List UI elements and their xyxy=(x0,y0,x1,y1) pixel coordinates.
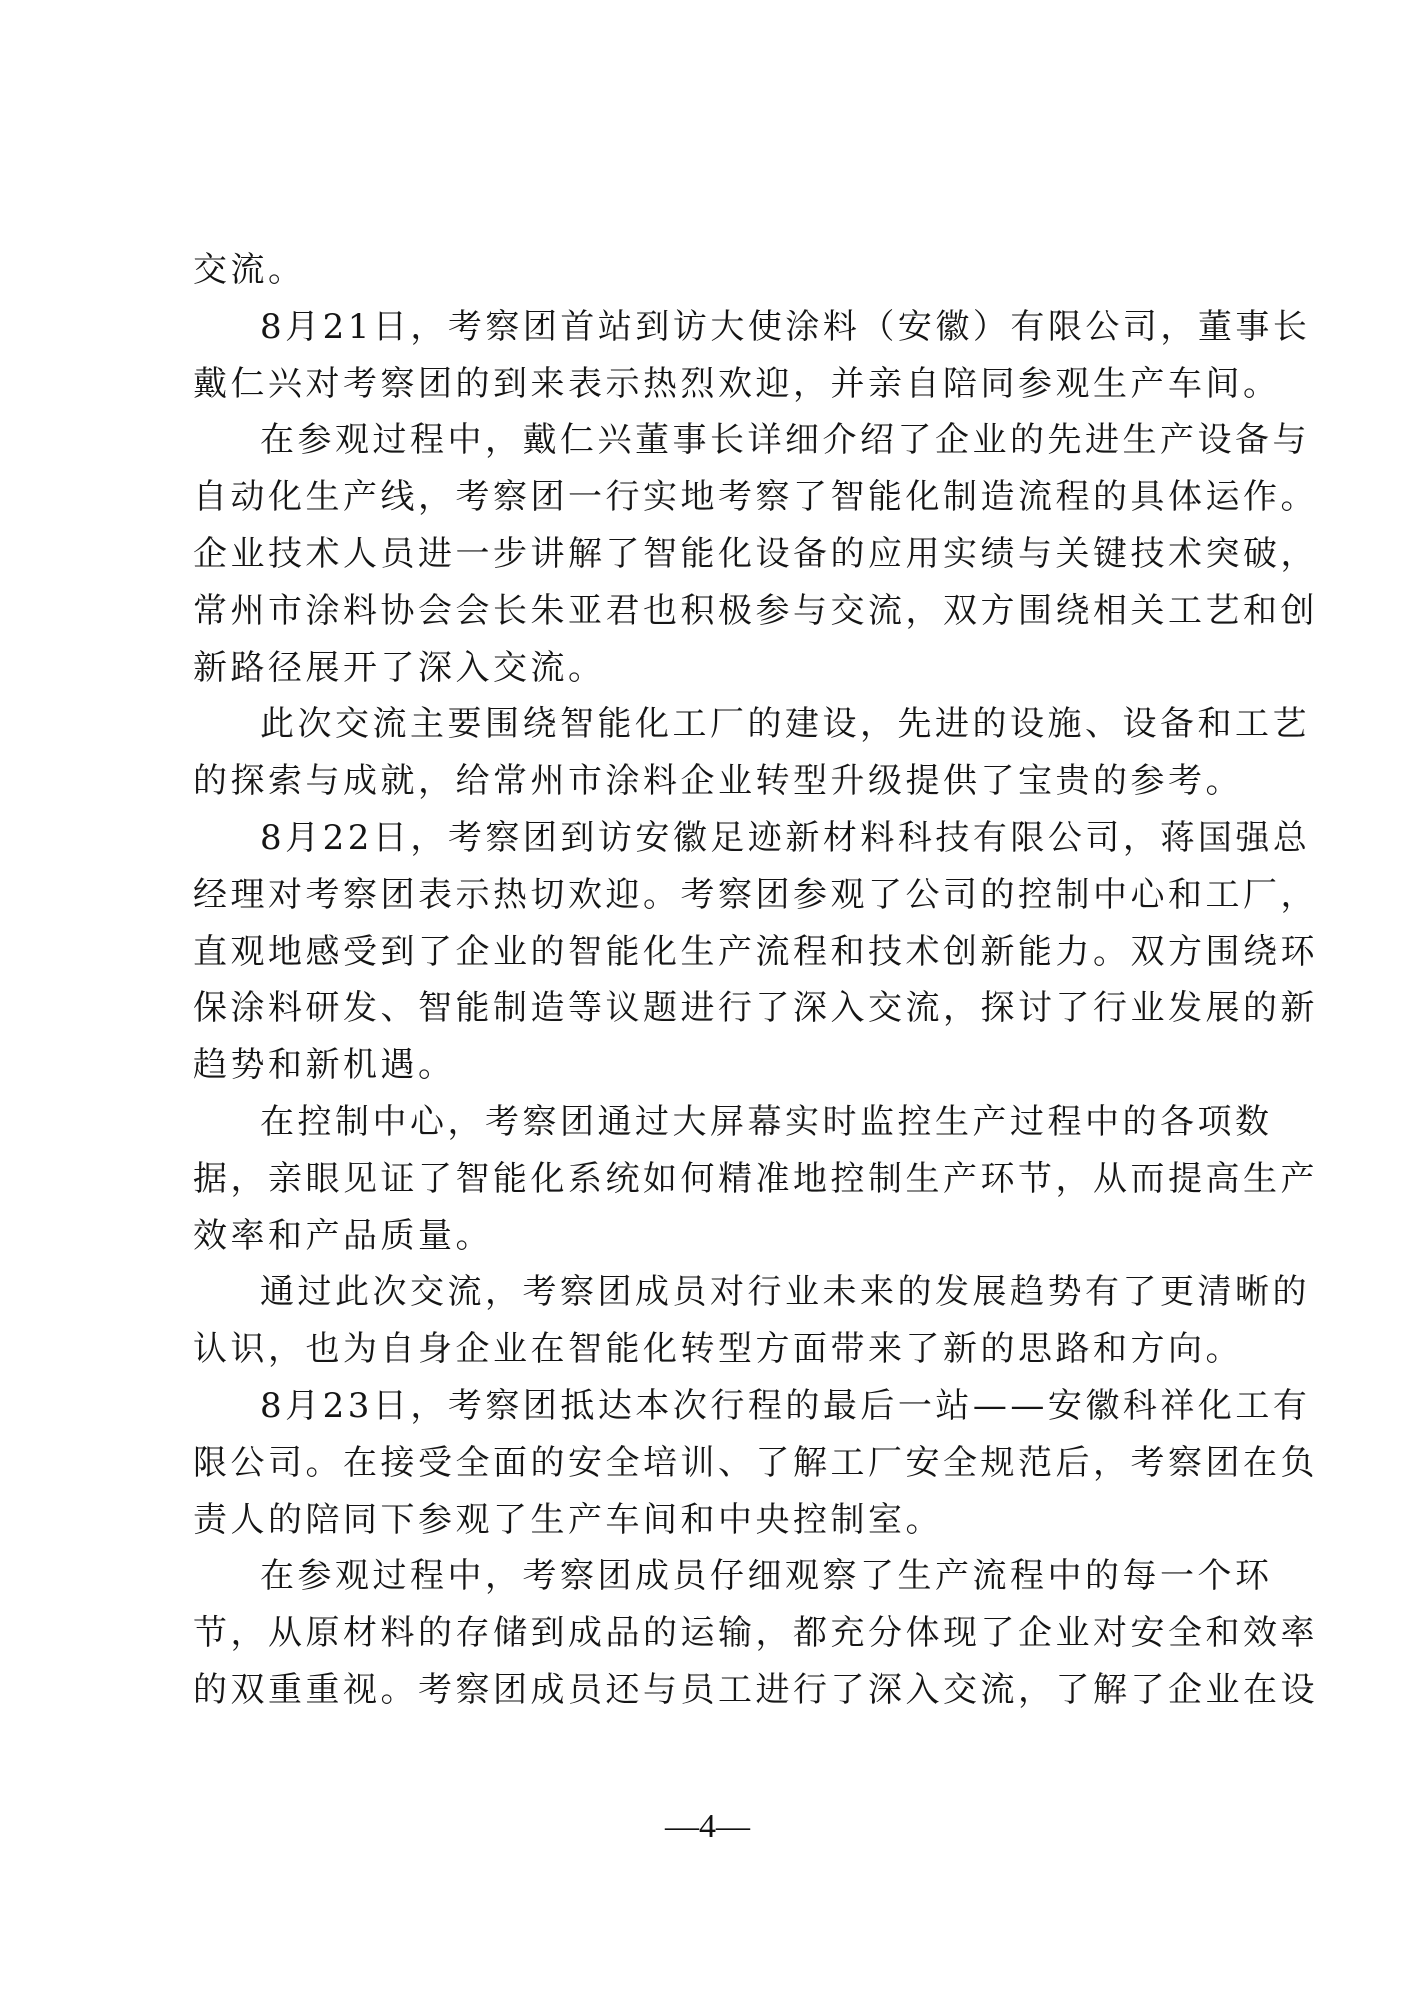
paragraph-line: 的探索与成就，给常州市涂料企业转型升级提供了宝贵的参考。 xyxy=(193,753,1241,810)
paragraph-line: 常州市涂料协会会长朱亚君也积极参与交流，双方围绕相关工艺和创 xyxy=(193,583,1241,640)
paragraph-line: 保涂料研发、智能制造等议题进行了深入交流，探讨了行业发展的新 xyxy=(193,980,1241,1037)
paragraph-line: 责人的陪同下参观了生产车间和中央控制室。 xyxy=(193,1492,1241,1549)
paragraph-line: 节，从原材料的存储到成品的运输，都充分体现了企业对安全和效率 xyxy=(193,1605,1241,1662)
paragraph-line: 据，亲眼见证了智能化系统如何精准地控制生产环节，从而提高生产 xyxy=(193,1151,1241,1208)
paragraph-first-line: 8月21日，考察团首站到访大使涂料（安徽）有限公司，董事长 xyxy=(193,299,1241,356)
paragraph-line: 趋势和新机遇。 xyxy=(193,1037,1241,1094)
paragraph-line: 交流。 xyxy=(193,242,1241,299)
paragraph-line: 自动化生产线，考察团一行实地考察了智能化制造流程的具体运作。 xyxy=(193,469,1241,526)
paragraph-line: 的双重重视。考察团成员还与员工进行了深入交流，了解了企业在设 xyxy=(193,1662,1241,1719)
paragraph-first-line: 8月23日，考察团抵达本次行程的最后一站——安徽科祥化工有 xyxy=(193,1378,1241,1435)
body-text: 交流。 8月21日，考察团首站到访大使涂料（安徽）有限公司，董事长 戴仁兴对考察… xyxy=(193,242,1241,1719)
document-page: 交流。 8月21日，考察团首站到访大使涂料（安徽）有限公司，董事长 戴仁兴对考察… xyxy=(0,0,1415,2000)
paragraph-first-line: 通过此次交流，考察团成员对行业未来的发展趋势有了更清晰的 xyxy=(193,1264,1241,1321)
paragraph-line: 效率和产品质量。 xyxy=(193,1208,1241,1265)
paragraph-first-line: 8月22日，考察团到访安徽足迹新材料科技有限公司，蒋国强总 xyxy=(193,810,1241,867)
paragraph-line: 新路径展开了深入交流。 xyxy=(193,640,1241,697)
paragraph-first-line: 在参观过程中，戴仁兴董事长详细介绍了企业的先进生产设备与 xyxy=(193,412,1241,469)
paragraph-first-line: 在控制中心，考察团通过大屏幕实时监控生产过程中的各项数 xyxy=(193,1094,1241,1151)
paragraph-line: 企业技术人员进一步讲解了智能化设备的应用实绩与关键技术突破， xyxy=(193,526,1241,583)
paragraph-line: 经理对考察团表示热切欢迎。考察团参观了公司的控制中心和工厂， xyxy=(193,867,1241,924)
paragraph-line: 戴仁兴对考察团的到来表示热烈欢迎，并亲自陪同参观生产车间。 xyxy=(193,356,1241,413)
paragraph-first-line: 此次交流主要围绕智能化工厂的建设，先进的设施、设备和工艺 xyxy=(193,696,1241,753)
paragraph-first-line: 在参观过程中，考察团成员仔细观察了生产流程中的每一个环 xyxy=(193,1548,1241,1605)
page-number: —4— xyxy=(0,1808,1415,1846)
paragraph-line: 直观地感受到了企业的智能化生产流程和技术创新能力。双方围绕环 xyxy=(193,924,1241,981)
paragraph-line: 限公司。在接受全面的安全培训、了解工厂安全规范后，考察团在负 xyxy=(193,1435,1241,1492)
paragraph-line: 认识，也为自身企业在智能化转型方面带来了新的思路和方向。 xyxy=(193,1321,1241,1378)
